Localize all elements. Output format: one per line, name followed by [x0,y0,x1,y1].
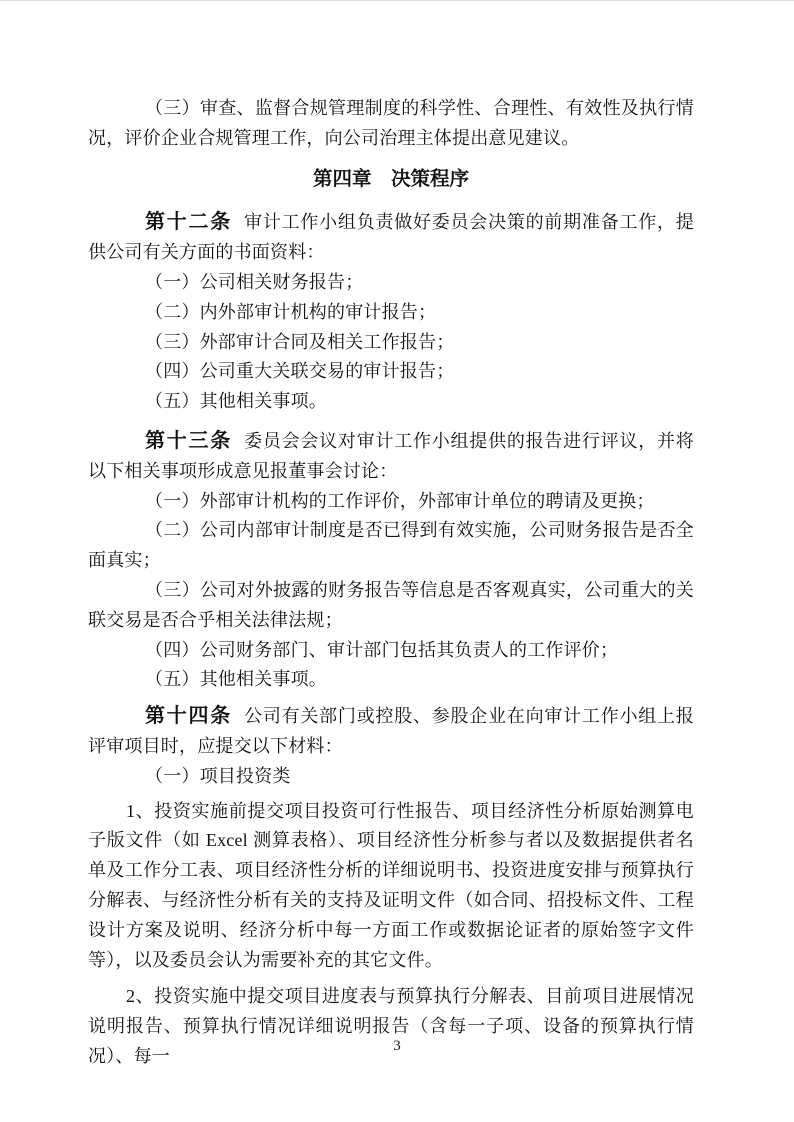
paragraph: （二）内外部审计机构的审计报告； [88,298,694,328]
paragraph: （一）公司相关财务报告； [88,268,694,298]
paragraph: （二）公司内部审计制度是否已得到有效实施，公司财务报告是否全面真实； [88,516,694,576]
paragraph: （四）公司重大关联交易的审计报告； [88,357,694,387]
article-number: 第十二条 [145,211,232,233]
article-paragraph: 第十二条审计工作小组负责做好委员会决策的前期准备工作，提供公司有关方面的书面资料… [88,208,694,268]
article-paragraph: 第十四条公司有关部门或控股、参股企业在向审计工作小组上报评审项目时，应提交以下材… [88,702,694,762]
paragraph: （一）外部审计机构的工作评价，外部审计单位的聘请及更换； [88,487,694,517]
page-footer: 3 [0,1036,794,1056]
paragraph: （五）其他相关事项。 [88,665,694,695]
paragraph: （三）审查、监督合规管理制度的科学性、合理性、有效性及执行情况，评价企业合规管理… [88,94,694,154]
paragraph: 1、投资实施前提交项目投资可行性报告、项目经济性分析原始测算电子版文件（如 Ex… [88,797,694,976]
article-number: 第十四条 [145,705,232,727]
paragraph: （四）公司财务部门、审计部门包括其负责人的工作评价； [88,636,694,666]
paragraph: （一）项目投资类 [88,762,694,792]
chapter-heading: 第四章 决策程序 [88,165,694,195]
article-number: 第十三条 [145,430,232,452]
paragraph: （三）外部审计合同及相关工作报告； [88,328,694,358]
page-number: 3 [393,1038,401,1054]
paragraph: （五）其他相关事项。 [88,387,694,417]
document-body: （三）审查、监督合规管理制度的科学性、合理性、有效性及执行情况，评价企业合规管理… [88,94,694,1072]
paragraph: （三）公司对外披露的财务报告等信息是否客观真实，公司重大的关联交易是否合乎相关法… [88,576,694,636]
article-paragraph: 第十三条委员会会议对审计工作小组提供的报告进行评议，并将以下相关事项形成意见报董… [88,427,694,487]
page-top-edge [0,0,794,1]
paragraph: 2、投资实施中提交项目进度表与预算执行分解表、目前项目进展情况说明报告、预算执行… [88,982,694,1071]
